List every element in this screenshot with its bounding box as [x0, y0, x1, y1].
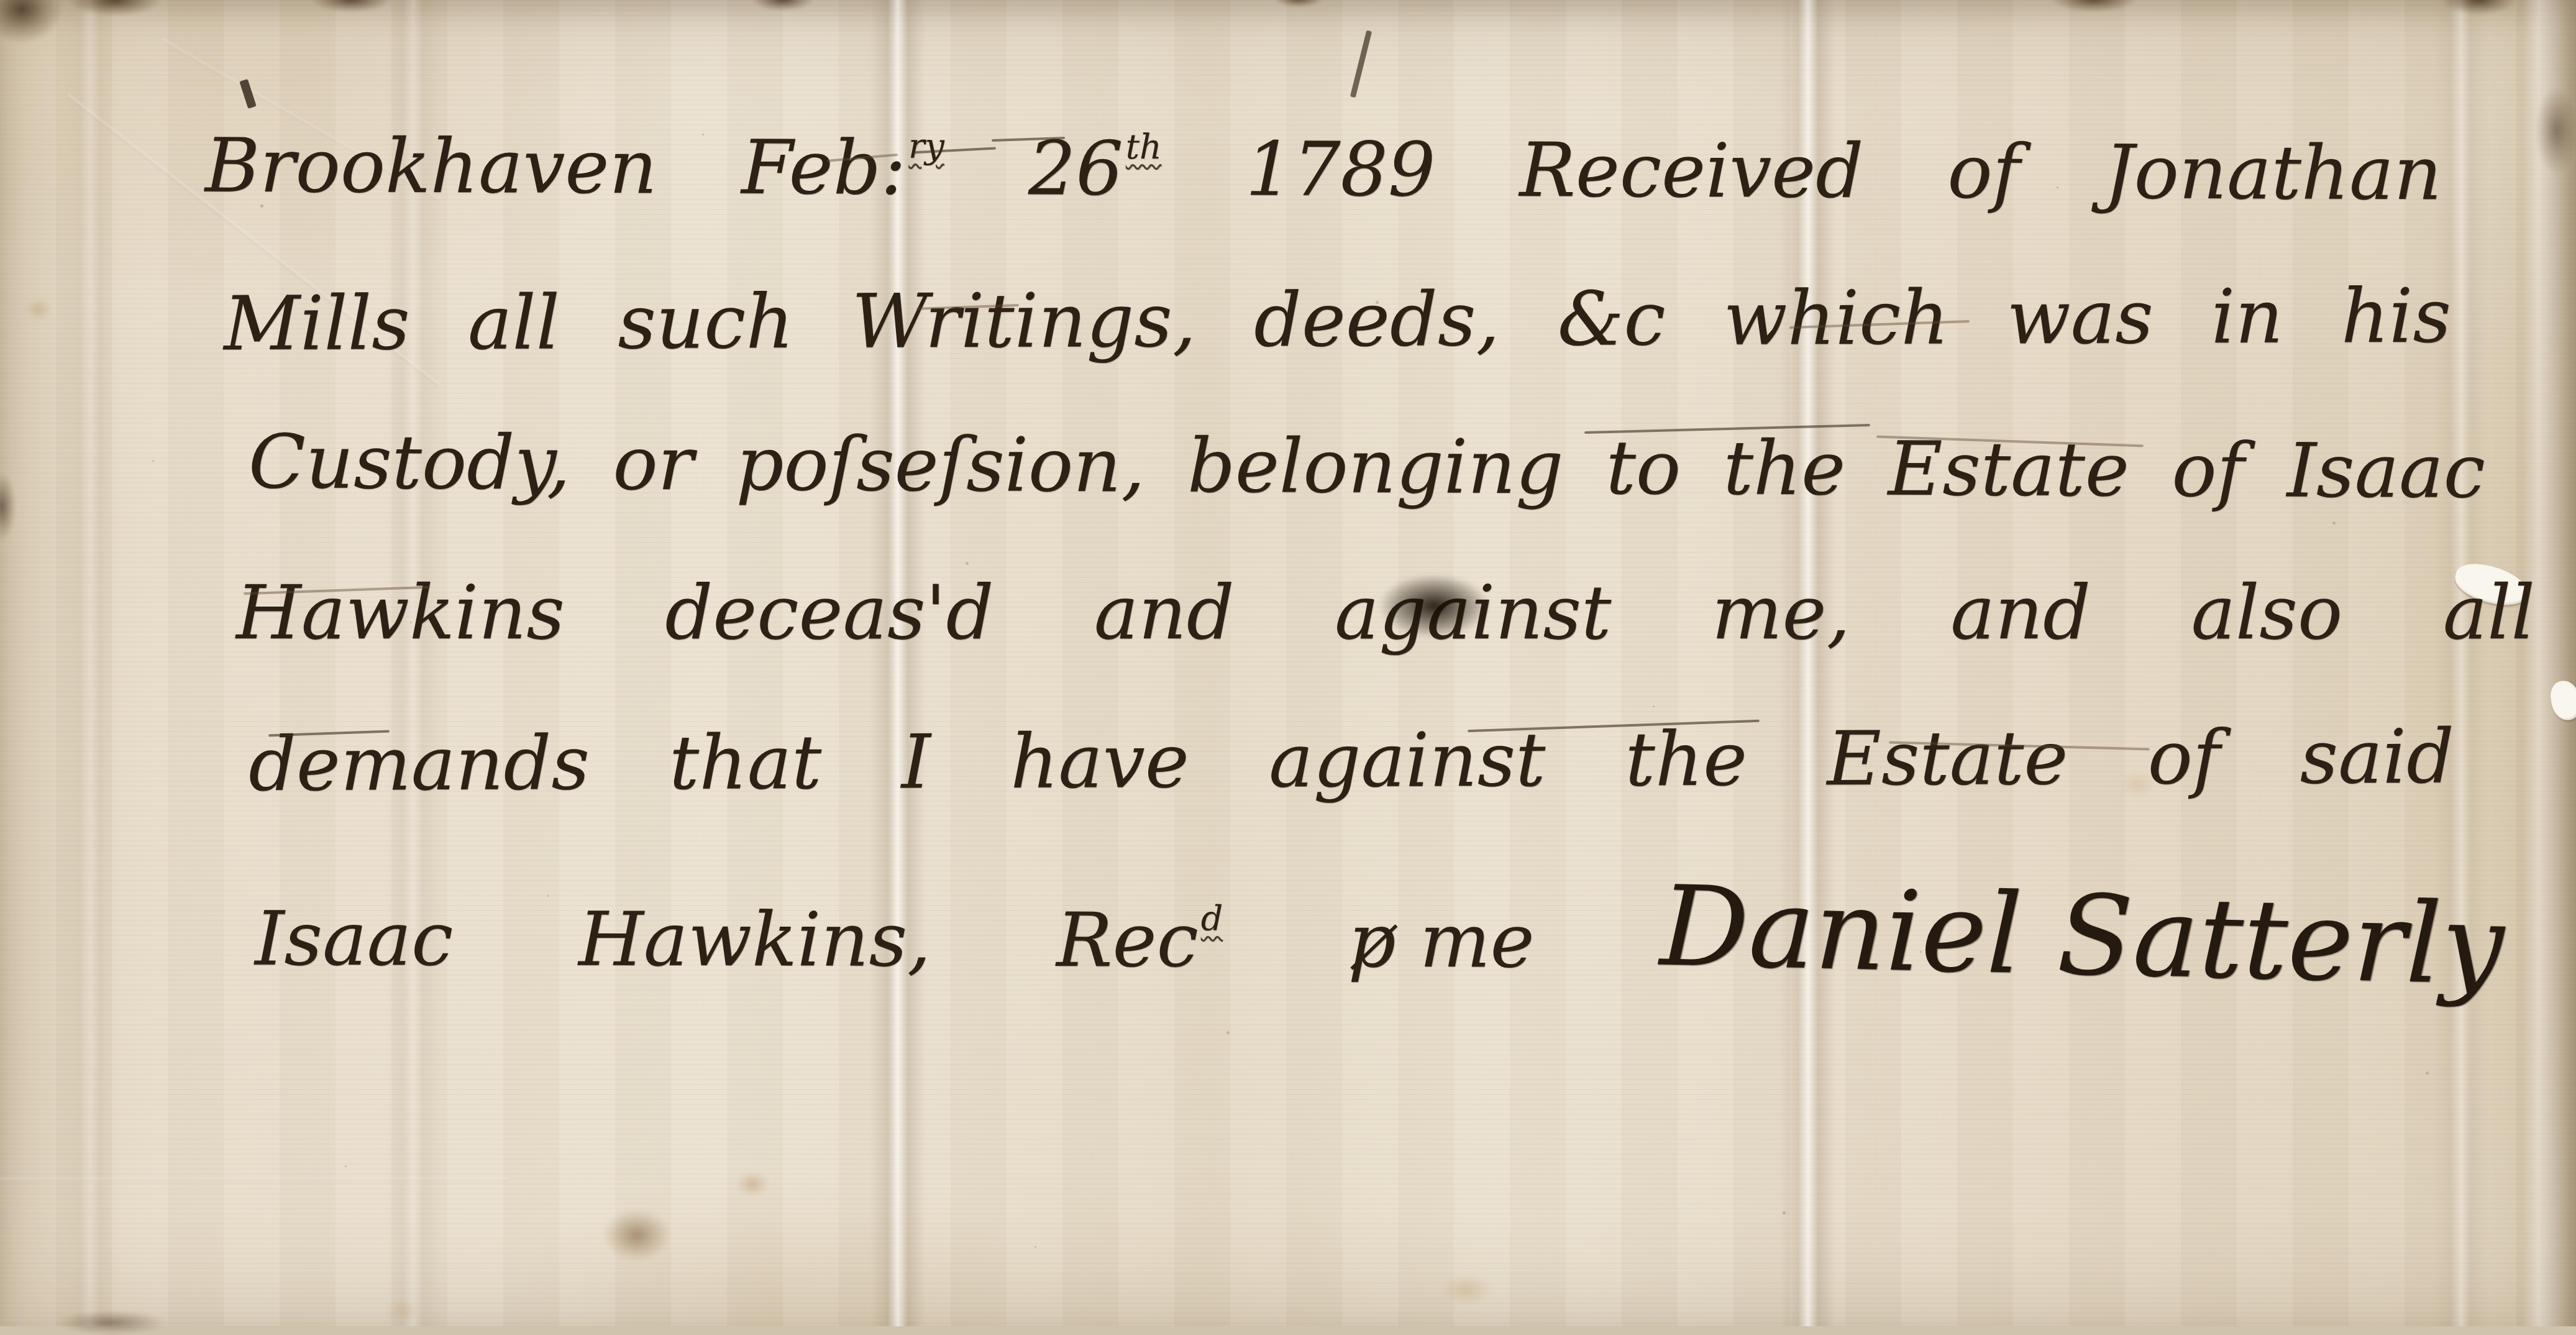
- word-text: to: [1605, 425, 1681, 512]
- word-text: Feb:: [741, 125, 906, 212]
- word: in: [2211, 275, 2283, 360]
- word-text: deceas'd: [665, 570, 993, 656]
- word: or: [613, 421, 693, 508]
- word: Estate: [1827, 716, 2068, 802]
- word: all: [2443, 571, 2535, 656]
- stain: [603, 1209, 671, 1262]
- manuscript-line: BrookhavenFeb:ry26th1789ReceivedofJonath…: [205, 124, 2442, 218]
- word-text: and: [1950, 570, 2091, 656]
- word-text: me,: [1712, 570, 1850, 656]
- word: against: [1335, 571, 1611, 656]
- word-text: belonging: [1187, 423, 1564, 512]
- edge-shadow: [311, 0, 391, 12]
- edge-shadow: [2535, 87, 2576, 174]
- superscript-abbreviation: ry: [908, 127, 944, 167]
- word: of: [1947, 130, 2020, 216]
- word: of: [2172, 428, 2244, 515]
- word-text: Writings,: [852, 278, 1197, 365]
- word-text: Jonathan: [2104, 129, 2442, 217]
- word: Jonathan: [2104, 130, 2442, 217]
- word: Mills: [224, 281, 410, 367]
- superscript-abbreviation: th: [1126, 127, 1162, 167]
- word: all: [468, 280, 560, 367]
- word-text: all: [468, 280, 560, 367]
- word-text: of: [1947, 129, 2020, 216]
- word-text: and: [1094, 570, 1235, 656]
- word: 1789: [1245, 127, 1435, 214]
- word-text: Received: [1519, 127, 1863, 215]
- manuscript-line: IsaacHawkins,Recdp̷ meDaniel Satterly: [255, 863, 2504, 994]
- word-text: the: [1625, 717, 1747, 804]
- edge-shadow: [1274, 0, 1323, 7]
- word-text: said: [2300, 714, 2454, 801]
- edge-shadow: [0, 472, 16, 541]
- word-text: the: [1723, 426, 1845, 513]
- manuscript-line: Hawkinsdeceas'dandagainstme,andalsoall: [236, 571, 2535, 656]
- word-text: deeds,: [1254, 277, 1500, 364]
- word-text: against: [1335, 570, 1611, 656]
- word: his: [2341, 274, 2451, 360]
- word-text: also: [2191, 570, 2342, 656]
- word-text: 1789: [1245, 127, 1435, 214]
- word-text: Rec: [1056, 897, 1199, 984]
- word: such: [618, 280, 794, 366]
- word: Isaac: [2286, 428, 2485, 515]
- manuscript-line: MillsallsuchWritings,deeds,&cwhichwasinh…: [224, 274, 2451, 368]
- word: said: [2300, 715, 2454, 801]
- word: belonging: [1187, 424, 1564, 512]
- word: and: [1094, 571, 1235, 656]
- word-text: Daniel Satterly: [1658, 862, 2505, 1010]
- word: p̷ me: [1348, 899, 1535, 985]
- word: also: [2191, 571, 2342, 656]
- word: &c: [1557, 277, 1666, 363]
- manuscript-line: demandsthatIhaveagainsttheEstateofsaid: [249, 715, 2454, 808]
- folded-right-edge: [2523, 0, 2576, 1326]
- word-text: Custody,: [249, 419, 571, 507]
- word: me,: [1712, 571, 1850, 656]
- word-text: that: [669, 720, 822, 807]
- word: Received: [1519, 128, 1863, 215]
- stain: [385, 1299, 419, 1321]
- word-text: I: [901, 719, 931, 805]
- word-text: or: [613, 421, 693, 508]
- word: Hawkins: [236, 571, 565, 656]
- edge-shadow: [2050, 0, 2137, 12]
- signature: Daniel Satterly: [1658, 863, 2505, 1009]
- word: Feb:ry: [741, 126, 944, 212]
- word: which: [1724, 276, 1949, 362]
- word-text: p̷ me: [1348, 898, 1535, 985]
- word: Writings,: [852, 278, 1197, 365]
- word-text: Brookhaven: [205, 123, 657, 211]
- word-text: his: [2341, 273, 2451, 360]
- word-text: Isaac: [2286, 428, 2485, 515]
- word-text: Isaac: [255, 896, 454, 983]
- word: the: [1625, 717, 1747, 804]
- word: Custody,: [249, 420, 571, 507]
- word: deeds,: [1254, 277, 1500, 364]
- word-text: such: [618, 279, 794, 366]
- superscript-abbreviation: d: [1201, 899, 1223, 939]
- word-text: poſseſsion,: [736, 421, 1145, 510]
- word: Isaac: [255, 897, 454, 983]
- word: Brookhaven: [205, 124, 657, 211]
- word: poſseſsion,: [736, 422, 1145, 510]
- word: I: [901, 720, 931, 805]
- edge-shadow: [752, 0, 814, 11]
- fold-crease: [62, 0, 118, 1326]
- stain: [25, 298, 52, 321]
- manuscript-line: Custody,orpoſseſsion,belongingtotheEstat…: [249, 420, 2486, 515]
- document-page: BrookhavenFeb:ry26th1789ReceivedofJonath…: [0, 0, 2576, 1326]
- stain: [1441, 1274, 1491, 1305]
- word: Recd: [1056, 898, 1223, 984]
- word-text: Estate: [1827, 715, 2068, 802]
- word-text: all: [2443, 570, 2535, 656]
- fold-crease: [0, 1178, 509, 1181]
- word: the: [1723, 426, 1845, 513]
- word-text: was: [2007, 274, 2154, 361]
- word-text: Hawkins,: [578, 897, 931, 984]
- word-text: of: [2147, 715, 2220, 801]
- stain: [736, 1172, 769, 1196]
- word: of: [2147, 715, 2220, 801]
- word-text: Hawkins: [236, 570, 565, 656]
- word-text: Mills: [224, 280, 410, 367]
- word-text: &c: [1557, 276, 1666, 363]
- word: to: [1605, 426, 1681, 512]
- word-text: have: [1010, 718, 1189, 805]
- word: was: [2007, 275, 2154, 361]
- word-text: in: [2211, 274, 2283, 360]
- word: Hawkins,: [578, 897, 931, 984]
- word: have: [1010, 719, 1189, 805]
- ink-stray-mark: [1350, 30, 1372, 98]
- word-text: which: [1724, 275, 1949, 362]
- word: deceas'd: [665, 571, 993, 656]
- word: and: [1950, 571, 2091, 656]
- edge-shadow: [0, 0, 62, 44]
- word-text: of: [2172, 428, 2244, 515]
- word: that: [669, 720, 822, 807]
